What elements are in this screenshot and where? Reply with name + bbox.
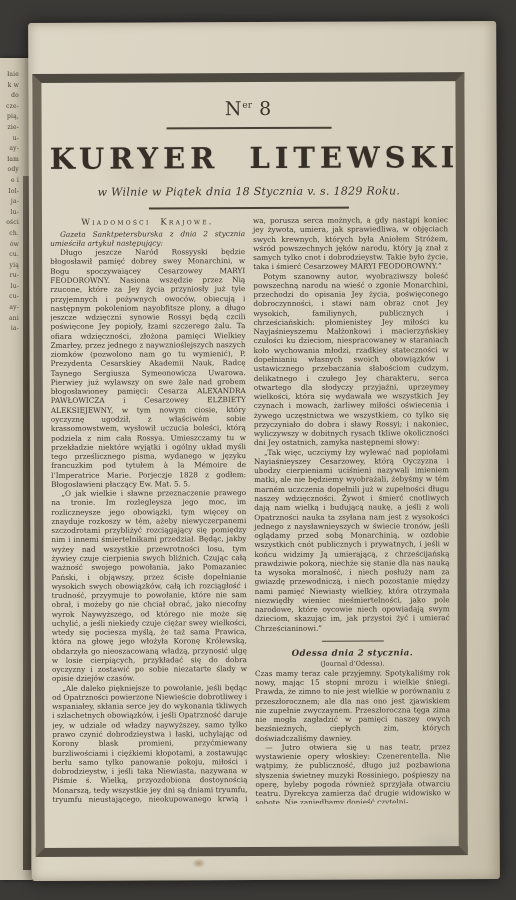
issue-number-value: 8	[259, 98, 272, 120]
page-content: Ner 8 KURYER LITEWSKI w Wilnie w Piątek …	[41, 81, 458, 848]
section-heading-wiadomosci-krajowe: Wiadomości Krajowe.	[50, 216, 245, 228]
article-paragraph: Czas mamy teraz cale przyjemny. Spotykal…	[255, 668, 450, 743]
article-lead-in: Gazeta Sanktpetersburska z dnia 2 styczn…	[50, 229, 245, 248]
newspaper-title: KURYER LITEWSKI	[50, 140, 448, 176]
article-paragraph: Długo jeszcze Naród Rossyyski będzie bło…	[50, 247, 246, 489]
issue-number: Ner 8	[49, 97, 447, 121]
previous-page-text-fragments: łaie k w do cze- pią, zie- u- ay- łam od…	[0, 70, 19, 335]
newspaper-page: Ner 8 KURYER LITEWSKI w Wilnie w Piątek …	[28, 21, 500, 881]
article-paragraph: „O jak wielkie i sławne przeznaczenie pr…	[51, 488, 247, 683]
masthead-rule-top	[166, 127, 331, 130]
dateline: w Wilnie w Piątek dnia 18 Stycznia v. s.…	[50, 184, 448, 199]
article-paragraph: „Tak więc, uczciymy łzy wylewać nad popi…	[254, 447, 450, 633]
section-heading-odessa: Odessa dnia 2 stycznia.	[255, 649, 450, 661]
article-paragraph-continuation: wa, porusza serca możnych, a gdy nastąpi…	[253, 215, 448, 271]
article-paragraph: — Jutro otwiera się u nas teatr, przez w…	[255, 742, 450, 805]
paper-stain	[192, 858, 206, 868]
issue-number-n: N	[225, 98, 243, 120]
article-paragraph: „Ale daleko piękniejsze to powołanie, je…	[52, 683, 248, 805]
left-column: Wiadomości Krajowe. Gazeta Sanktpetersbu…	[50, 216, 248, 805]
masthead-rule-bottom	[149, 207, 349, 210]
decorative-border-frame: Ner 8 KURYER LITEWSKI w Wilnie w Piątek …	[32, 72, 467, 857]
right-column: wa, porusza serca możnych, a gdy nastąpi…	[253, 215, 451, 804]
previous-page-edge: łaie k w do cze- pią, zie- u- ay- łam od…	[0, 58, 32, 880]
issue-number-superscript: er	[242, 101, 252, 111]
section-divider-rule	[321, 640, 383, 642]
article-columns: Wiadomości Krajowe. Gazeta Sanktpetersbu…	[50, 215, 451, 805]
article-paragraph: Potym szanowny autor, wyobraziwszy boleś…	[253, 271, 449, 448]
